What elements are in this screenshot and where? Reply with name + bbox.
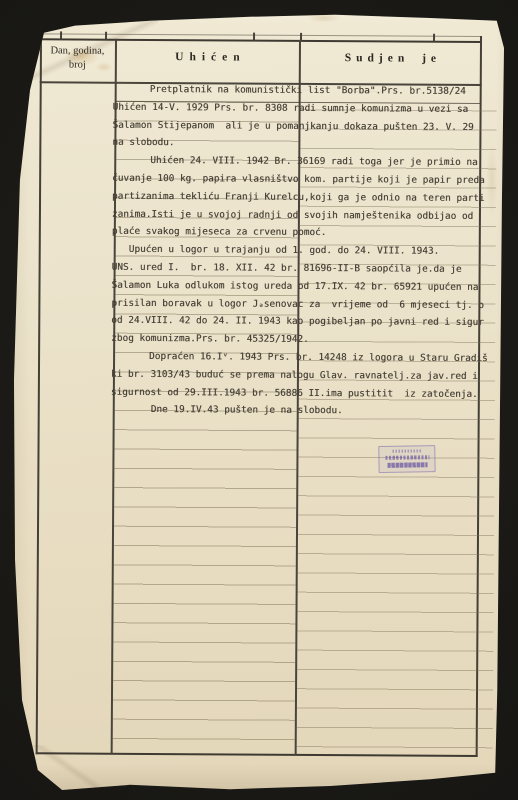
typed-line: sigurnost od 29.III.1943 br. 56886 II.im… [111,383,499,403]
typed-line-text: UNS. ured I. br. 18. XII. 42 br. 81696-I… [112,262,462,275]
typed-line-text: Upućen u logor u trajanju od 1. god. do … [129,244,439,257]
archive-stamp [378,445,435,473]
header-date-line2: broj [40,58,115,72]
typed-line-text: čuvanje 100 kg. papira vlasništvo kom. p… [112,173,485,186]
table-border-left [36,33,42,754]
typed-line: prisilan boravak u logor Jₐsenovac za vr… [111,294,499,314]
typed-line: čuvanje 100 kg. papira vlasništvo kom. p… [112,170,500,190]
header-cell-sudjen-je: Sudjen je [300,52,481,65]
typed-line-text: zanima.Isti je u svojoj radnji od svojih… [112,208,473,221]
typed-line-text: Dopraćen 16.Iᵛ. 1943 Prs. br. 14248 iz l… [149,351,488,364]
typed-line: Upućen u logor u trajanju od 1. god. do … [112,241,500,261]
typed-line: partizanima tekliću Franji Kurelcu,koji … [112,188,500,208]
typed-line-text: plaće svakog mijeseca za crvenu pomoć. [112,226,327,238]
typed-line-text: zbog komunizma.Prs. br. 45325/1942. [111,333,309,345]
typed-line: Dne 19.IV.43 pušten je na slobodu. [111,401,499,421]
typed-line-text: partizanima tekliću Franji Kurelcu,koji … [112,191,485,204]
border-tick [433,34,435,42]
typed-line-text: Uhićen 24. VIII. 1942 Br. 36169 radi tog… [150,155,477,168]
typed-line: Šalamon Stijepanom ali je u pomanjkanju … [112,116,500,136]
typed-line-text: sigurnost od 29.III.1943 br. 56886 II.im… [111,386,478,399]
stamp-text-row [385,455,429,460]
typed-line-text: Uhićen 14-V. 1929 Prs. br. 8308 radi sum… [113,102,469,115]
border-tick [253,33,255,41]
typed-line: zanima.Isti je u svojoj radnji od svojih… [112,205,500,225]
typed-line: ki br. 3103/43 buduć se prema nalogu Gla… [111,366,499,386]
border-tick [60,31,62,39]
typed-line: Dopraćen 16.Iᵛ. 1943 Prs. br. 14248 iz l… [111,348,499,368]
typed-line: Uhićen 24. VIII. 1942 Br. 36169 radi tog… [112,152,500,172]
typed-line: Uhićen 14-V. 1929 Prs. br. 8308 radi sum… [113,99,501,119]
header-date-line1: Dan, godina, [40,44,115,58]
typed-line-text: prisilan boravak u logor Jₐsenovac za vr… [111,297,484,310]
header-cell-date-column: Dan, godina, broj [40,44,115,71]
typed-line-text: Pretplatnik na komunistički list "Borba"… [150,84,466,97]
stamp-text-row [387,462,427,468]
typed-line: zbog komunizma.Prs. br. 45325/1942. [111,330,499,350]
stamp-text-row [392,449,422,452]
typed-line: na slobodu. [112,134,500,154]
typed-line-text: na slobodu. [112,137,174,148]
typed-line: Pretplatnik na komunistički list "Borba"… [113,81,501,101]
header-cell-uhicen: Uhićen [116,51,299,64]
record-table: Dan, godina, broj Uhićen Sudjen je Pretp… [0,0,518,800]
typed-line-text: Šalamon Luka odlukom istog ureda od 17.I… [111,280,478,293]
photo-background: Dan, godina, broj Uhićen Sudjen je Pretp… [0,0,518,800]
typed-line-text: Dne 19.IV.43 pušten je na slobodu. [151,404,343,416]
typed-line-text: Šalamon Stijepanom ali je u pomanjkanju … [112,119,473,132]
typed-line: plaće svakog mijeseca za crvenu pomoć. [112,223,500,243]
typed-line: Šalamon Luka odlukom istog ureda od 17.I… [111,277,499,297]
typed-line-text: ki br. 3103/43 buduć se prema nalogu Gla… [111,369,478,382]
typed-line-text: od 24.VIII. 42 do 24. II. 1943 kao pogib… [111,315,484,328]
border-tick [105,32,107,40]
document-paper: Dan, godina, broj Uhićen Sudjen je Pretp… [0,0,518,800]
typed-entry-block: Pretplatnik na komunistički list "Borba"… [111,81,501,422]
typed-line: UNS. ured I. br. 18. XII. 42 br. 81696-I… [112,259,500,279]
typed-line: od 24.VIII. 42 do 24. II. 1943 kao pogib… [111,312,499,332]
